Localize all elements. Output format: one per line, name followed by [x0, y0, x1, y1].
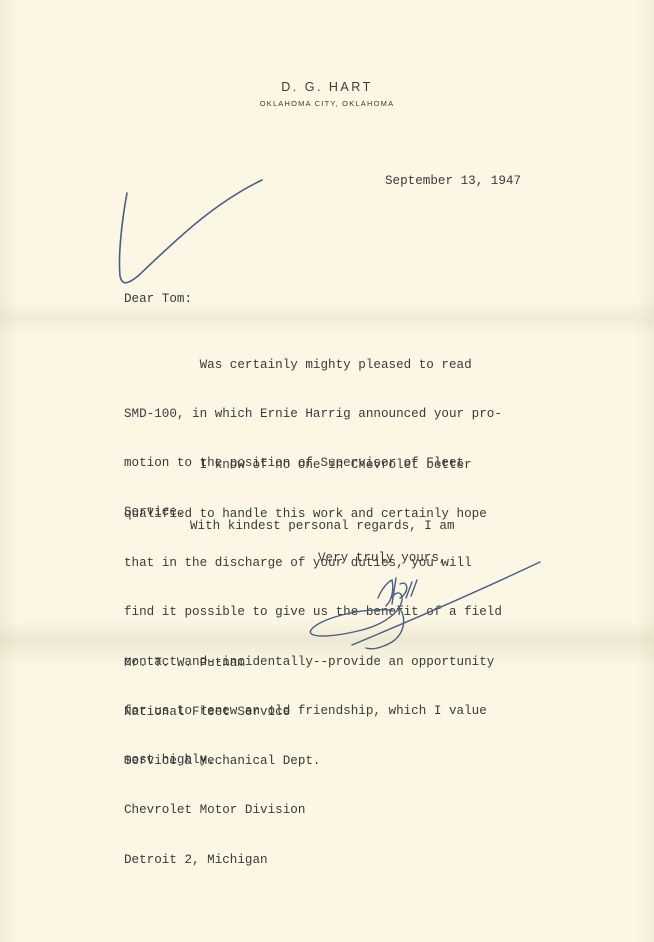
address-line: Chevrolet Motor Division	[124, 802, 321, 818]
address-line: Mr. T. W. Putnam	[124, 655, 321, 671]
address-line: National Fleet Service	[124, 704, 321, 720]
recipient-address: Mr. T. W. Putnam National Fleet Service …	[124, 622, 321, 885]
address-line: Detroit 2, Michigan	[124, 852, 321, 868]
signature-icon	[0, 0, 654, 942]
address-line: Service & Mechanical Dept.	[124, 753, 321, 769]
